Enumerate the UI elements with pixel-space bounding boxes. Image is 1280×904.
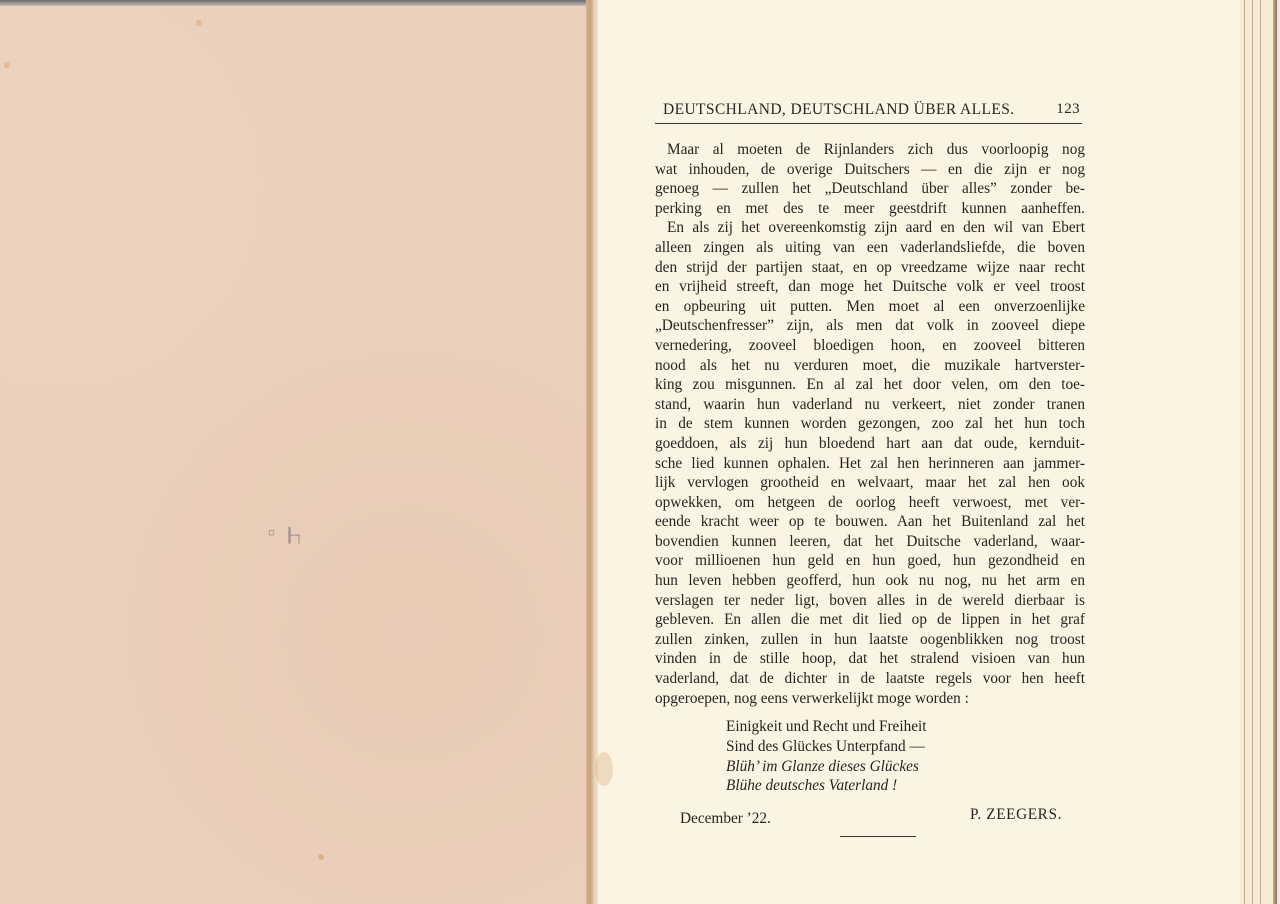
stain — [595, 752, 613, 786]
text-line: opwekken, om hetgeen de oorlog heeft ver… — [655, 493, 1085, 513]
text-line: in de stem kunnen worden gezongen, zoo z… — [655, 414, 1085, 434]
foxing-spot — [196, 20, 202, 26]
verse-line: Einigkeit und Recht und Freiheit — [726, 717, 927, 737]
text-line: bovendien kunnen leeren, dat het Duitsch… — [655, 532, 1085, 552]
text-line: hun leven hebben geofferd, hun ook nu no… — [655, 571, 1085, 591]
page-number: 123 — [1056, 101, 1080, 119]
text-line: goeddoen, als zij hun bloedend hart aan … — [655, 434, 1085, 454]
foxing-spot — [318, 854, 324, 860]
text-line: genoeg — zullen het „Deutschland über al… — [655, 179, 1085, 199]
text-line: voor millioenen hun geld en hun goed, hu… — [655, 551, 1085, 571]
text-line: vernedering, zooveel bloedigen hoon, en … — [655, 336, 1085, 356]
text-line: vaderland, dat de dichter in de laatste … — [655, 669, 1085, 689]
running-head: DEUTSCHLAND, DEUTSCHLAND ÜBER ALLES. 123 — [663, 101, 1080, 119]
verse-line-italic: Blüh’ im Glanze dieses Glückes — [726, 757, 927, 777]
text-line: king zou misgunnen. En al zal het door v… — [655, 375, 1085, 395]
faint-stamp-mark: ⸋ ┠┐ — [268, 526, 304, 545]
text-line: stand, waarin hun vaderland nu verkeert,… — [655, 395, 1085, 415]
text-line: alleen zingen als uiting van een vaderla… — [655, 238, 1085, 258]
left-page-blank: ⸋ ┠┐ — [0, 6, 588, 904]
text-line: en vrijheid streeft, dan moge het Duitsc… — [655, 277, 1085, 297]
page-edges — [1240, 0, 1280, 904]
body-text: Maar al moeten de Rijnlanders zich dus v… — [655, 140, 1085, 708]
text-line: zullen zinken, zullen in hun laatste oog… — [655, 630, 1085, 650]
text-line: En als zij het overeenkomstig zijn aard … — [655, 218, 1085, 238]
text-line: gebleven. En allen die met dit lied op d… — [655, 610, 1085, 630]
header-rule — [655, 123, 1082, 124]
text-line: en opbeuring uit putten. Men moet al een… — [655, 297, 1085, 317]
text-line: eende kracht weer op te bouwen. Aan het … — [655, 512, 1085, 532]
signoff-date: December ’22. — [680, 810, 771, 828]
foxing-spot — [4, 62, 10, 68]
verse-line-italic: Blühe deutsches Vaterland ! — [726, 776, 927, 796]
signoff-author: P. ZEEGERS. — [970, 806, 1062, 824]
verse-line: Sind des Glückes Unterpfand — — [726, 737, 927, 757]
text-line: Maar al moeten de Rijnlanders zich dus v… — [655, 140, 1085, 160]
verse-quote: Einigkeit und Recht und Freiheit Sind de… — [726, 717, 927, 796]
running-head-title: DEUTSCHLAND, DEUTSCHLAND ÜBER ALLES. — [663, 101, 1015, 119]
text-line: opgeroepen, nog eens verwerkelijkt moge … — [655, 689, 1085, 709]
text-line: perking en met des te meer geestdrift ku… — [655, 199, 1085, 219]
text-line: sche lied kunnen ophalen. Het zal hen he… — [655, 454, 1085, 474]
text-line: vinden in de stille hoop, dat het strale… — [655, 649, 1085, 669]
text-line: lijk vervlogen grootheid en welvaart, ma… — [655, 473, 1085, 493]
text-line: nood als het nu verduren moet, die muzik… — [655, 356, 1085, 376]
end-rule — [840, 836, 916, 837]
text-line: verslagen ter neder ligt, boven alles in… — [655, 591, 1085, 611]
text-line: wat inhouden, de overige Duitschers — en… — [655, 160, 1085, 180]
text-line: den strijd der partijen staat, en op vre… — [655, 258, 1085, 278]
text-line: „Deutschenfresser” zijn, als men dat vol… — [655, 316, 1085, 336]
